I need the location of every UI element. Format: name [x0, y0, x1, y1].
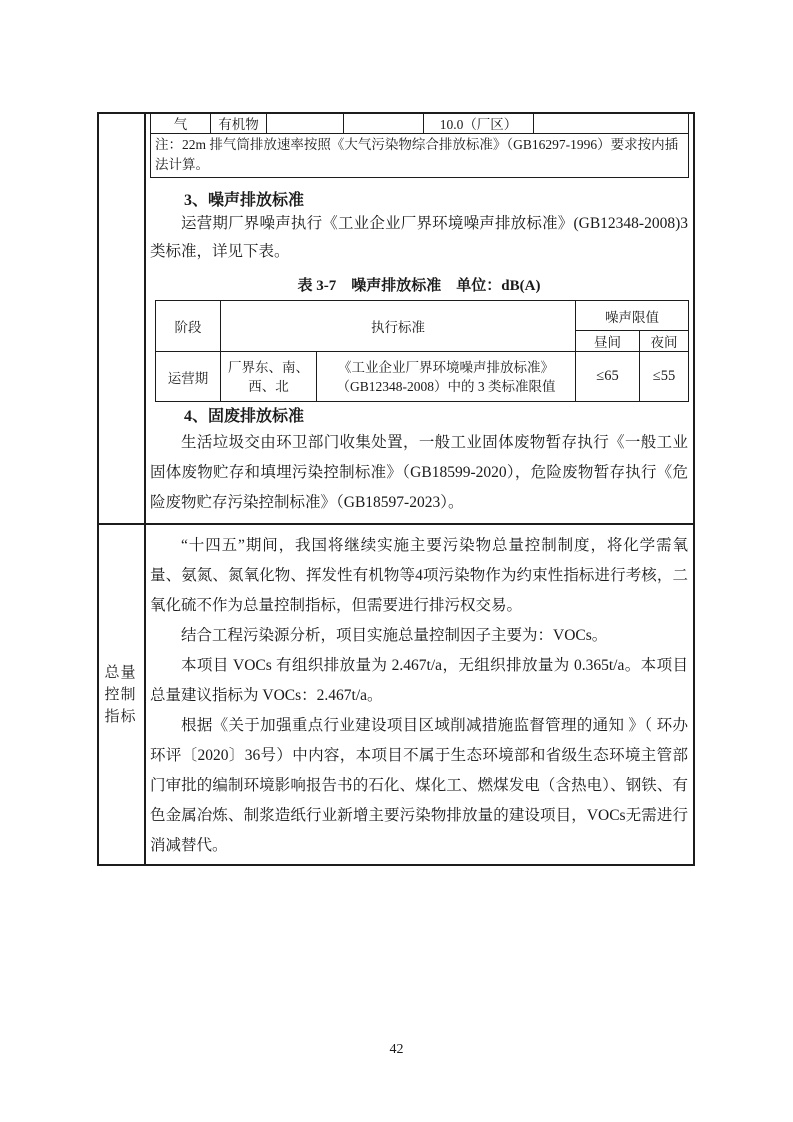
air-cell-medium: 气: [151, 113, 211, 134]
document-page: 气 有机物 10.0（厂区） 注：22m 排气筒排放速率按照《大气污染物综合排放…: [0, 0, 793, 1122]
noise-header-standard: 执行标准: [221, 301, 576, 352]
air-emission-table-note-row: 注：22m 排气筒排放速率按照《大气污染物综合排放标准》（GB16297-199…: [151, 134, 689, 178]
noise-cell-standard: 《工业企业厂界环境噪声排放标准》（GB12348-2008）中的 3 类标准限值: [317, 352, 576, 402]
label-column-divider: [144, 112, 146, 866]
section3-paragraph: 运营期厂界噪声执行《工业企业厂界环境噪声排放标准》(GB12348-2008)3…: [150, 210, 688, 266]
noise-header-stage: 阶段: [156, 301, 221, 352]
noise-standard-table: 阶段 执行标准 噪声限值 昼间 夜间 运营期 厂界东、南、西、北 《工业企业厂界…: [155, 300, 689, 402]
noise-cell-boundary: 厂界东、南、西、北: [221, 352, 317, 402]
total-control-paragraph-3: 本项目 VOCs 有组织排放量为 2.467t/a，无组织排放量为 0.365t…: [150, 651, 688, 711]
total-control-row-label: 总量控制指标: [97, 523, 144, 866]
total-control-label-text: 总量控制指标: [105, 662, 137, 728]
noise-cell-night-limit: ≤55: [640, 352, 689, 402]
noise-header-day: 昼间: [576, 331, 640, 352]
section3-heading: 3、噪声排放标准: [150, 187, 688, 210]
total-control-content: “十四五”期间，我国将继续实施主要污染物总量控制制度，将化学需氧量、氨氮、氮氧化…: [150, 523, 688, 861]
table-note: 注：22m 排气筒排放速率按照《大气污染物综合排放标准》（GB16297-199…: [151, 134, 689, 178]
noise-header-limit: 噪声限值: [576, 301, 689, 331]
total-control-paragraph-4: 根据《关于加强重点行业建设项目区域削减措施监督管理的通知 》（ 环办环评〔202…: [150, 711, 688, 861]
air-emission-table-row: 气 有机物 10.0（厂区）: [151, 113, 689, 134]
noise-cell-day-limit: ≤65: [576, 352, 640, 402]
noise-table-title: 表 3-7 噪声排放标准 单位：dB(A): [150, 274, 688, 295]
air-cell-limit: 10.0（厂区）: [424, 113, 534, 134]
total-control-paragraph-2: 结合工程污染源分析，项目实施总量控制因子主要为：VOCs。: [150, 621, 688, 651]
total-control-paragraph-1: “十四五”期间，我国将继续实施主要污染物总量控制制度，将化学需氧量、氨氮、氮氧化…: [150, 531, 688, 621]
noise-cell-stage: 运营期: [156, 352, 221, 402]
air-cell-empty-2: [344, 113, 424, 134]
air-cell-empty-3: [534, 113, 689, 134]
noise-header-night: 夜间: [640, 331, 689, 352]
section4-heading: 4、固废排放标准: [150, 403, 688, 426]
air-cell-pollutant: 有机物: [211, 113, 267, 134]
page-number: 42: [0, 1042, 793, 1058]
noise-table-header-row-1: 阶段 执行标准 噪声限值: [156, 301, 689, 331]
air-emission-table-fragment: 气 有机物 10.0（厂区） 注：22m 排气筒排放速率按照《大气污染物综合排放…: [150, 112, 689, 178]
section4-paragraph: 生活垃圾交由环卫部门收集处置，一般工业固体废物暂存执行《一般工业固体废物贮存和填…: [150, 428, 688, 518]
noise-table-data-row: 运营期 厂界东、南、西、北 《工业企业厂界环境噪声排放标准》（GB12348-2…: [156, 352, 689, 402]
air-cell-empty-1: [267, 113, 344, 134]
